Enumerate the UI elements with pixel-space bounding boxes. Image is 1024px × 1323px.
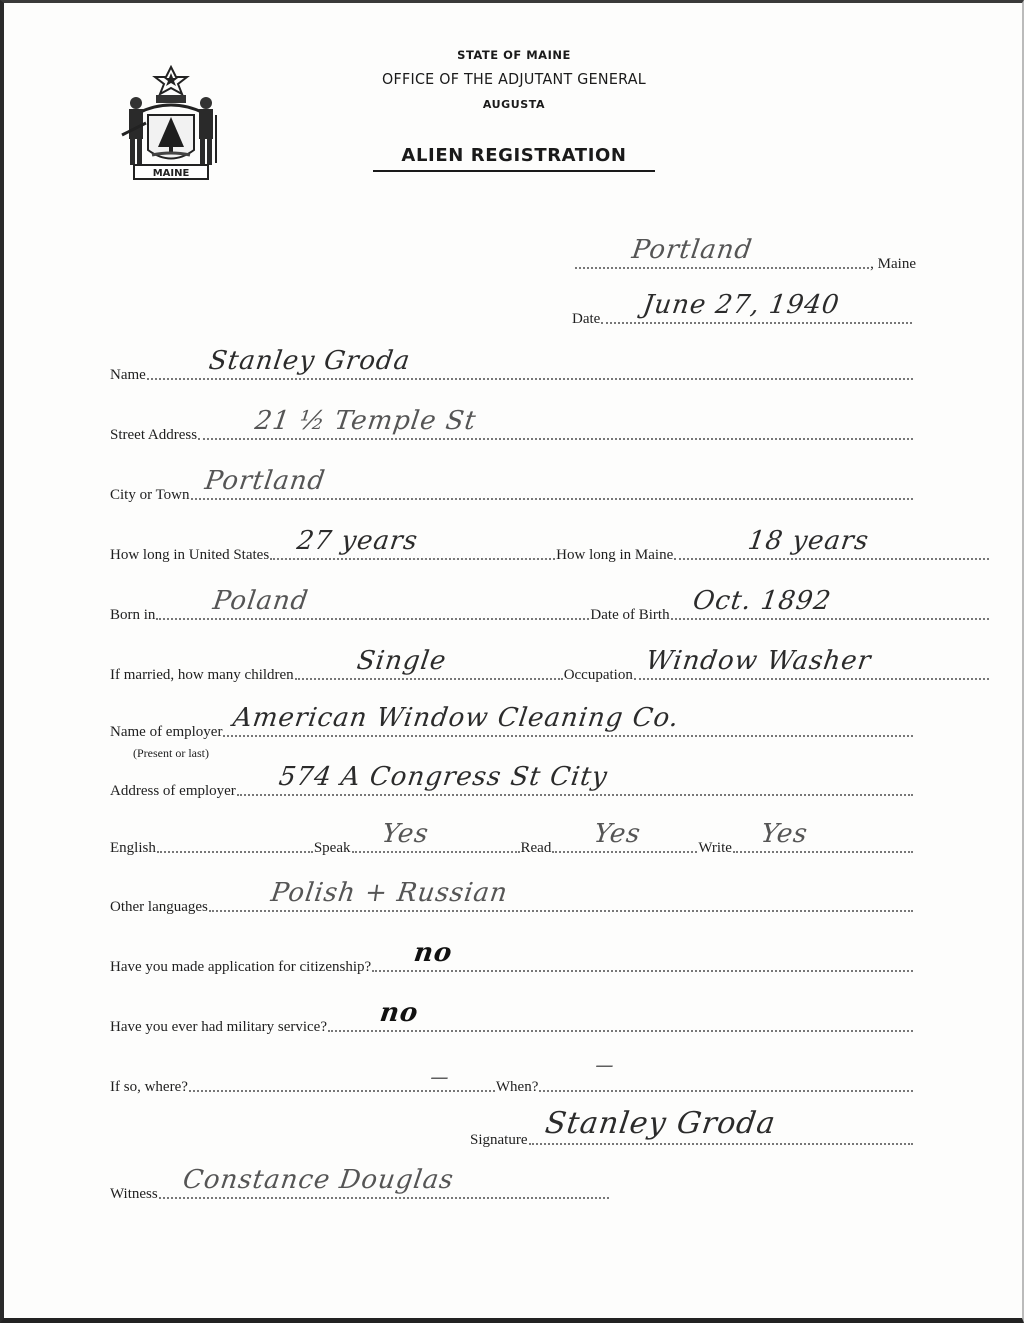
years-maine-field[interactable]: 18 years xyxy=(674,558,989,560)
location-row: Portland , Maine xyxy=(574,247,916,273)
service-details-row: If so, where? — When? — xyxy=(110,1070,914,1096)
other-languages-label: Other languages xyxy=(110,899,208,916)
city-row: City or Town Portland xyxy=(110,478,914,504)
employer-label: Name of employer (Present or last) xyxy=(110,724,222,741)
witness-field[interactable]: Constance Douglas xyxy=(159,1197,609,1199)
header-state: STATE OF MAINE xyxy=(344,48,684,62)
street-field[interactable]: 21 ½ Temple St xyxy=(198,438,913,440)
svg-text:MAINE: MAINE xyxy=(153,168,190,179)
signature-value: Stanley Groda xyxy=(543,1106,778,1141)
other-languages-value: Polish + Russian xyxy=(269,878,510,908)
other-languages-row: Other languages Polish + Russian xyxy=(110,890,914,916)
maine-state-seal-icon: MAINE xyxy=(116,65,226,185)
family-row: If married, how many children Single Occ… xyxy=(110,658,990,684)
citizenship-label: Have you made application for citizenshi… xyxy=(110,959,371,976)
where-field[interactable]: — xyxy=(189,1090,495,1092)
other-languages-field[interactable]: Polish + Russian xyxy=(209,910,913,912)
when-label: When? xyxy=(496,1079,538,1096)
military-row: Have you ever had military service? no xyxy=(110,1010,914,1036)
employer-sublabel: (Present or last) xyxy=(133,746,209,761)
english-row: English Speak Yes Read Yes Write Yes xyxy=(110,831,914,857)
occupation-field[interactable]: Window Washer xyxy=(634,678,989,680)
military-label: Have you ever had military service? xyxy=(110,1019,327,1036)
born-in-value: Poland xyxy=(211,586,311,616)
name-field[interactable]: Stanley Groda xyxy=(147,378,913,380)
when-field[interactable]: — xyxy=(539,1090,913,1092)
header-office: OFFICE OF THE ADJUTANT GENERAL xyxy=(358,70,671,88)
read-label: Read xyxy=(521,840,552,857)
years-maine-label: How long in Maine xyxy=(556,547,673,564)
birth-row: Born in Poland Date of Birth Oct. 1892 xyxy=(110,598,990,624)
where-value: — xyxy=(429,1067,451,1088)
form-title: ALIEN REGISTRATION xyxy=(364,145,664,166)
dob-field[interactable]: Oct. 1892 xyxy=(671,618,989,620)
city-value: Portland xyxy=(203,466,327,496)
children-value: Single xyxy=(355,646,448,676)
read-field[interactable]: Yes xyxy=(552,851,697,853)
citizenship-value: no xyxy=(412,938,454,968)
years-us-value: 27 years xyxy=(295,526,420,556)
born-in-field[interactable]: Poland xyxy=(156,618,589,620)
citizenship-row: Have you made application for citizenshi… xyxy=(110,950,914,976)
english-label: English xyxy=(110,840,156,857)
write-label: Write xyxy=(698,840,732,857)
signature-label: Signature xyxy=(470,1132,528,1149)
occupation-label: Occupation xyxy=(564,667,633,684)
employer-row: Name of employer (Present or last) Ameri… xyxy=(110,715,914,741)
read-value: Yes xyxy=(592,819,643,849)
employer-address-label: Address of employer xyxy=(110,783,236,800)
street-label: Street Address xyxy=(110,427,197,444)
location-value: Portland xyxy=(630,235,754,265)
when-value: — xyxy=(594,1055,616,1076)
write-field[interactable]: Yes xyxy=(733,851,913,853)
employer-address-value: 574 A Congress St City xyxy=(277,762,610,792)
children-field[interactable]: Single xyxy=(295,678,563,680)
name-row: Name Stanley Groda xyxy=(110,358,914,384)
witness-row: Witness Constance Douglas xyxy=(110,1177,610,1203)
witness-label: Witness xyxy=(110,1186,158,1203)
title-underline xyxy=(373,170,655,172)
location-suffix: , Maine xyxy=(870,256,916,273)
witness-value: Constance Douglas xyxy=(181,1165,456,1195)
employer-field[interactable]: American Window Cleaning Co. xyxy=(223,735,913,737)
speak-label: Speak xyxy=(314,840,351,857)
employer-address-field[interactable]: 574 A Congress St City xyxy=(237,794,913,796)
employer-value: American Window Cleaning Co. xyxy=(231,703,681,733)
city-field[interactable]: Portland xyxy=(191,498,913,500)
speak-field[interactable]: Yes xyxy=(352,851,520,853)
street-row: Street Address 21 ½ Temple St xyxy=(110,418,914,444)
signature-row: Signature Stanley Groda xyxy=(470,1123,914,1149)
date-value: June 27, 1940 xyxy=(641,290,842,320)
occupation-value: Window Washer xyxy=(644,646,873,676)
children-label: If married, how many children xyxy=(110,667,294,684)
name-value: Stanley Groda xyxy=(207,346,412,376)
employer-address-row: Address of employer 574 A Congress St Ci… xyxy=(110,774,914,800)
military-value: no xyxy=(378,998,420,1028)
write-value: Yes xyxy=(759,819,810,849)
english-leader xyxy=(157,851,313,853)
years-us-field[interactable]: 27 years xyxy=(270,558,555,560)
date-label: Date xyxy=(572,311,600,328)
born-in-label: Born in xyxy=(110,607,155,624)
location-field[interactable]: Portland xyxy=(575,267,869,269)
name-label: Name xyxy=(110,367,146,384)
employer-label-text: Name of employer xyxy=(110,724,222,740)
years-us-label: How long in United States xyxy=(110,547,269,564)
city-label: City or Town xyxy=(110,487,190,504)
citizenship-field[interactable]: no xyxy=(372,970,913,972)
date-row: Date June 27, 1940 xyxy=(572,302,952,328)
dob-label: Date of Birth xyxy=(590,607,669,624)
signature-field[interactable]: Stanley Groda xyxy=(529,1143,914,1145)
military-field[interactable]: no xyxy=(328,1030,913,1032)
registration-form-page: MAINE STATE OF MAINE OFFICE OF THE ADJUT… xyxy=(0,0,1024,1323)
street-value: 21 ½ Temple St xyxy=(253,406,478,436)
header-city: AUGUSTA xyxy=(344,98,684,111)
date-field[interactable]: June 27, 1940 xyxy=(601,322,912,324)
residence-row: How long in United States 27 years How l… xyxy=(110,538,990,564)
speak-value: Yes xyxy=(380,819,431,849)
years-maine-value: 18 years xyxy=(746,526,871,556)
where-label: If so, where? xyxy=(110,1079,188,1096)
dob-value: Oct. 1892 xyxy=(691,586,833,616)
